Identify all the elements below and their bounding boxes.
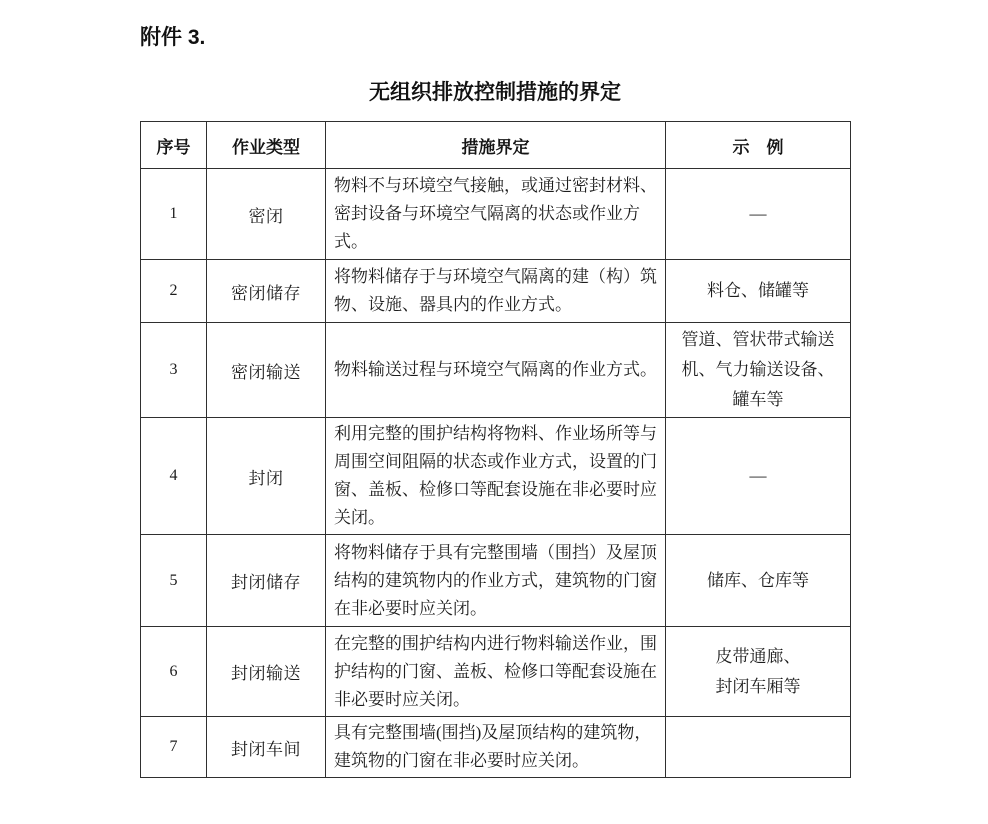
attachment-label: 附件 3. [140, 26, 850, 50]
cell-measure: 将物料储存于具有完整围墙（围挡）及屋顶结构的建筑物内的作业方式，建筑物的门窗在非… [326, 535, 666, 627]
table-row: 5封闭储存将物料储存于具有完整围墙（围挡）及屋顶结构的建筑物内的作业方式，建筑物… [141, 535, 851, 627]
cell-example [666, 717, 851, 778]
cell-measure: 在完整的围护结构内进行物料输送作业，围护结构的门窗、盖板、检修口等配套设施在非必… [326, 627, 666, 717]
cell-seq: 4 [141, 418, 207, 535]
cell-measure: 物料不与环境空气接触，或通过密封材料、密封设备与环境空气隔离的状态或作业方式。 [326, 169, 666, 260]
table-row: 2密闭储存将物料储存于与环境空气隔离的建（构）筑物、设施、器具内的作业方式。料仓… [141, 260, 851, 323]
cell-seq: 7 [141, 717, 207, 778]
cell-example: 管道、管状带式输送机、气力输送设备、罐车等 [666, 323, 851, 418]
cell-seq: 3 [141, 323, 207, 418]
table-body: 1密闭物料不与环境空气接触，或通过密封材料、密封设备与环境空气隔离的状态或作业方… [141, 169, 851, 778]
measures-table: 序号 作业类型 措施界定 示 例 1密闭物料不与环境空气接触，或通过密封材料、密… [140, 121, 851, 778]
example-line: 机、气力输送设备、 [673, 355, 843, 385]
example-line: 罐车等 [673, 385, 843, 415]
table-row: 7封闭车间具有完整围墙(围挡)及屋顶结构的建筑物，建筑物的门窗在非必要时应关闭。 [141, 717, 851, 778]
cell-type: 密闭输送 [207, 323, 326, 418]
example-line: 管道、管状带式输送 [673, 325, 843, 355]
example-line: 皮带通廊、 [673, 642, 843, 672]
table-row: 6封闭输送在完整的围护结构内进行物料输送作业，围护结构的门窗、盖板、检修口等配套… [141, 627, 851, 717]
cell-measure: 物料输送过程与环境空气隔离的作业方式。 [326, 323, 666, 418]
cell-measure: 利用完整的围护结构将物料、作业场所等与周围空间阻隔的状态或作业方式，设置的门窗、… [326, 418, 666, 535]
example-line: 料仓、储罐等 [673, 276, 843, 306]
cell-seq: 5 [141, 535, 207, 627]
page-title: 无组织排放控制措施的界定 [140, 81, 850, 105]
table-row: 1密闭物料不与环境空气接触，或通过密封材料、密封设备与环境空气隔离的状态或作业方… [141, 169, 851, 260]
example-line: 储库、仓库等 [673, 566, 843, 596]
cell-example: 料仓、储罐等 [666, 260, 851, 323]
table-row: 4封闭利用完整的围护结构将物料、作业场所等与周围空间阻隔的状态或作业方式，设置的… [141, 418, 851, 535]
table-row: 3密闭输送物料输送过程与环境空气隔离的作业方式。管道、管状带式输送机、气力输送设… [141, 323, 851, 418]
cell-type: 密闭 [207, 169, 326, 260]
header-measure: 措施界定 [326, 122, 666, 169]
cell-example: 储库、仓库等 [666, 535, 851, 627]
cell-type: 封闭车间 [207, 717, 326, 778]
cell-type: 封闭 [207, 418, 326, 535]
cell-example: — [666, 169, 851, 260]
cell-example: 皮带通廊、封闭车厢等 [666, 627, 851, 717]
header-type: 作业类型 [207, 122, 326, 169]
table-header-row: 序号 作业类型 措施界定 示 例 [141, 122, 851, 169]
document-page: 附件 3. 无组织排放控制措施的界定 序号 作业类型 措施界定 示 例 1密闭物… [140, 26, 850, 778]
cell-type: 封闭输送 [207, 627, 326, 717]
example-line: — [673, 461, 843, 491]
header-seq: 序号 [141, 122, 207, 169]
cell-type: 封闭储存 [207, 535, 326, 627]
cell-example: — [666, 418, 851, 535]
cell-seq: 2 [141, 260, 207, 323]
cell-type: 密闭储存 [207, 260, 326, 323]
example-line: — [673, 199, 843, 229]
cell-seq: 6 [141, 627, 207, 717]
example-line: 封闭车厢等 [673, 672, 843, 702]
cell-measure: 将物料储存于与环境空气隔离的建（构）筑物、设施、器具内的作业方式。 [326, 260, 666, 323]
cell-measure: 具有完整围墙(围挡)及屋顶结构的建筑物，建筑物的门窗在非必要时应关闭。 [326, 717, 666, 778]
cell-seq: 1 [141, 169, 207, 260]
header-example: 示 例 [666, 122, 851, 169]
